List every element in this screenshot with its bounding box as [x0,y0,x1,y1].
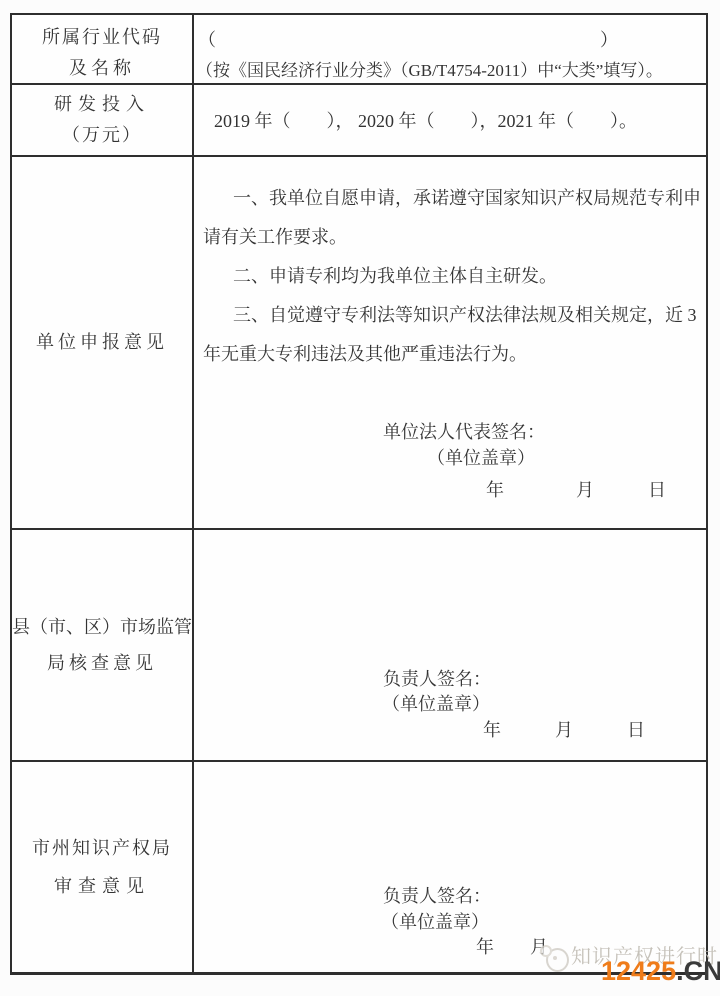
logo-eye-dot [553,956,557,960]
city-ip-review-content-cell: 负责人签名： （单位盖章） 年 月 [194,762,706,972]
date-line: 年 月 日 [486,477,666,503]
patent-application-form-table: 所属行业代码 及名称 （ ） （按《国民经济行业分类》（GB/T4754-201… [10,13,708,975]
county-verification-label-line1: 县（市、区）市场监管 [12,609,192,645]
unit-seal-label: （单位盖章） [382,691,490,717]
unit-seal-label: （单位盖章） [427,445,535,471]
row-industry-code: 所属行业代码 及名称 （ ） （按《国民经济行业分类》（GB/T4754-201… [12,15,706,85]
paren-close: ） [600,25,618,55]
scanned-form-page: { "table": { "row_industry": { "label_li… [0,0,720,996]
row-county-verification: 县（市、区）市场监管 局核查意见 负责人签名： （单位盖章） 年 月 日 [12,530,706,762]
logo-ear-circle [540,945,552,957]
city-ip-review-label-line1: 市州知识产权局 [32,829,172,867]
watermark-brand-number: 12425 [601,956,676,986]
rd-investment-label-cell: 研发投入 （万元） [12,85,194,155]
city-ip-review-label-cell: 市州知识产权局 审查意见 [12,762,194,972]
unit-declaration-label: 单位申报意见 [36,327,168,358]
watermark-logo-icon [540,945,570,975]
row-unit-declaration: 单位申报意见 一、我单位自愿申请，承诺遵守国家知识产权局规范专利申请有关工作要求… [12,157,706,530]
unit-declaration-content-cell: 一、我单位自愿申请，承诺遵守国家知识产权局规范专利申请有关工作要求。 二、申请专… [194,157,706,528]
responsible-person-signature-label: 负责人签名： [383,666,491,692]
declaration-para-1: 一、我单位自愿申请，承诺遵守国家知识产权局规范专利申请有关工作要求。 [203,179,704,257]
date-line: 年 月 [476,934,548,960]
industry-code-fill-blank: （ ） [198,25,618,55]
unit-seal-label: （单位盖章） [381,909,489,935]
unit-declaration-label-cell: 单位申报意见 [12,157,194,528]
industry-code-label-line1: 所属行业代码 [42,22,162,53]
paren-open: （ [198,25,216,55]
declaration-para-2: 二、申请专利均为我单位主体自主研发。 [203,257,704,296]
legal-representative-signature-label: 单位法人代表签名： [383,419,545,445]
responsible-person-signature-label: 负责人签名： [383,883,491,909]
county-verification-label-line2: 局核查意见 [47,645,157,681]
industry-code-value-cell: （ ） （按《国民经济行业分类》（GB/T4754-2011）中“大类”填写）。 [194,15,706,83]
watermark-brand-tld: .CN [676,956,720,986]
declaration-para-3: 三、自觉遵守专利法等知识产权法律法规及相关规定，近 3年无重大专利违法及其他严重… [203,296,704,374]
date-line: 年 月 日 [483,717,645,743]
watermark-brand: 12425.CN [601,957,720,985]
row-rd-investment: 研发投入 （万元） 2019 年（ ）， 2020 年（ ），2021 年（ ）… [12,85,706,157]
declaration-paragraphs: 一、我单位自愿申请，承诺遵守国家知识产权局规范专利申请有关工作要求。 二、申请专… [194,157,706,374]
county-verification-content-cell: 负责人签名： （单位盖章） 年 月 日 [194,530,706,760]
rd-investment-value-cell: 2019 年（ ）， 2020 年（ ），2021 年（ ）。 [194,85,706,155]
city-ip-review-label-line2: 审查意见 [54,867,150,905]
county-verification-label-cell: 县（市、区）市场监管 局核查意见 [12,530,194,760]
rd-investment-label-line2: （万元） [62,120,142,151]
rd-investment-years-blanks: 2019 年（ ）， 2020 年（ ），2021 年（ ）。 [214,85,637,155]
industry-code-note: （按《国民经济行业分类》（GB/T4754-2011）中“大类”填写）。 [196,55,706,86]
rd-investment-label-line1: 研发投入 [54,89,150,120]
industry-code-label-line2: 及名称 [69,53,135,84]
industry-code-label-cell: 所属行业代码 及名称 [12,15,194,83]
row-city-ip-review: 市州知识产权局 审查意见 负责人签名： （单位盖章） 年 月 [12,762,706,972]
